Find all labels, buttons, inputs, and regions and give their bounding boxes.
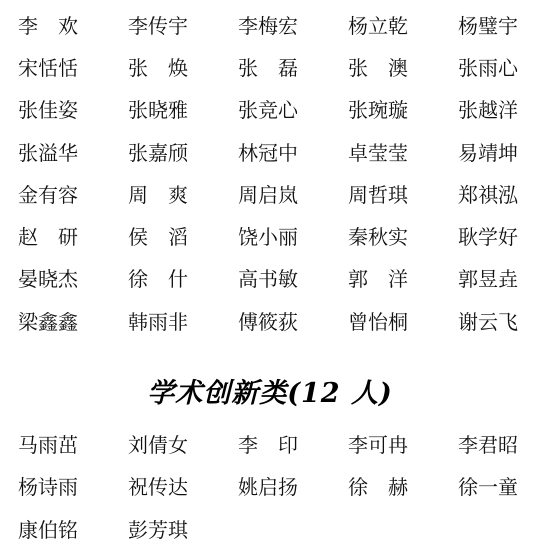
student-name: 周哲琪 — [348, 172, 408, 214]
award-list-page: 李 欢 李传宇 李梅宏 杨立乾 杨璧宇 宋恬恬 张 焕 张 磊 张 澳 张雨心 … — [0, 0, 540, 546]
student-name: 韩雨非 — [128, 299, 188, 341]
section-heading: 学术创新类(12 人) — [0, 377, 540, 411]
student-name: 李 印 — [238, 422, 298, 464]
student-name: 卓莹莹 — [348, 130, 408, 172]
student-name: 张越洋 — [458, 88, 518, 130]
student-name: 李君昭 — [458, 422, 518, 464]
student-name: 晏晓杰 — [18, 257, 78, 299]
student-name: 郑祺泓 — [458, 172, 518, 214]
student-name: 周 爽 — [128, 172, 188, 214]
student-name: 张竞心 — [238, 88, 298, 130]
student-name: 宋恬恬 — [18, 45, 78, 87]
student-name: 郭昱垚 — [458, 257, 518, 299]
student-name: 高书敏 — [238, 257, 298, 299]
student-name: 张 焕 — [128, 45, 188, 87]
student-name: 李 欢 — [18, 3, 78, 45]
student-name: 杨立乾 — [348, 3, 408, 45]
student-name: 姚启扬 — [238, 465, 298, 507]
student-name: 傅筱荻 — [238, 299, 298, 341]
student-name: 易靖坤 — [458, 130, 518, 172]
student-name: 梁鑫鑫 — [18, 299, 78, 341]
student-name: 徐 赫 — [348, 465, 408, 507]
honor-roll-grid-bottom: 马雨茁 刘倩女 李 印 李可冉 李君昭 杨诗雨 祝传达 姚启扬 徐 赫 徐一童 … — [0, 422, 540, 546]
student-name: 刘倩女 — [128, 422, 188, 464]
student-name: 饶小丽 — [238, 214, 298, 256]
student-name: 徐一童 — [458, 465, 518, 507]
student-name: 张晓雅 — [128, 88, 188, 130]
student-name: 张 磊 — [238, 45, 298, 87]
student-name: 张 澳 — [348, 45, 408, 87]
student-name: 郭 洋 — [348, 257, 408, 299]
student-name: 林冠中 — [238, 130, 298, 172]
student-name: 康伯铭 — [18, 507, 78, 546]
student-name: 曾怡桐 — [348, 299, 408, 341]
student-name: 张琬璇 — [348, 88, 408, 130]
honor-roll-grid-top: 李 欢 李传宇 李梅宏 杨立乾 杨璧宇 宋恬恬 张 焕 张 磊 张 澳 张雨心 … — [0, 0, 540, 341]
student-name: 张雨心 — [458, 45, 518, 87]
student-name: 秦秋实 — [348, 214, 408, 256]
student-name: 杨诗雨 — [18, 465, 78, 507]
student-name: 彭芳琪 — [128, 507, 188, 546]
student-name: 张嘉颀 — [128, 130, 188, 172]
student-name: 李可冉 — [348, 422, 408, 464]
student-name: 金有容 — [18, 172, 78, 214]
student-name: 李梅宏 — [238, 3, 298, 45]
student-name: 杨璧宇 — [458, 3, 518, 45]
student-name: 赵 研 — [18, 214, 78, 256]
student-name: 祝传达 — [128, 465, 188, 507]
student-name: 张佳姿 — [18, 88, 78, 130]
student-name: 谢云飞 — [458, 299, 518, 341]
student-name: 耿学好 — [458, 214, 518, 256]
student-name: 张溢华 — [18, 130, 78, 172]
student-name: 侯 滔 — [128, 214, 188, 256]
student-name: 周启岚 — [238, 172, 298, 214]
student-name: 徐 什 — [128, 257, 188, 299]
student-name: 马雨茁 — [18, 422, 78, 464]
student-name: 李传宇 — [128, 3, 188, 45]
